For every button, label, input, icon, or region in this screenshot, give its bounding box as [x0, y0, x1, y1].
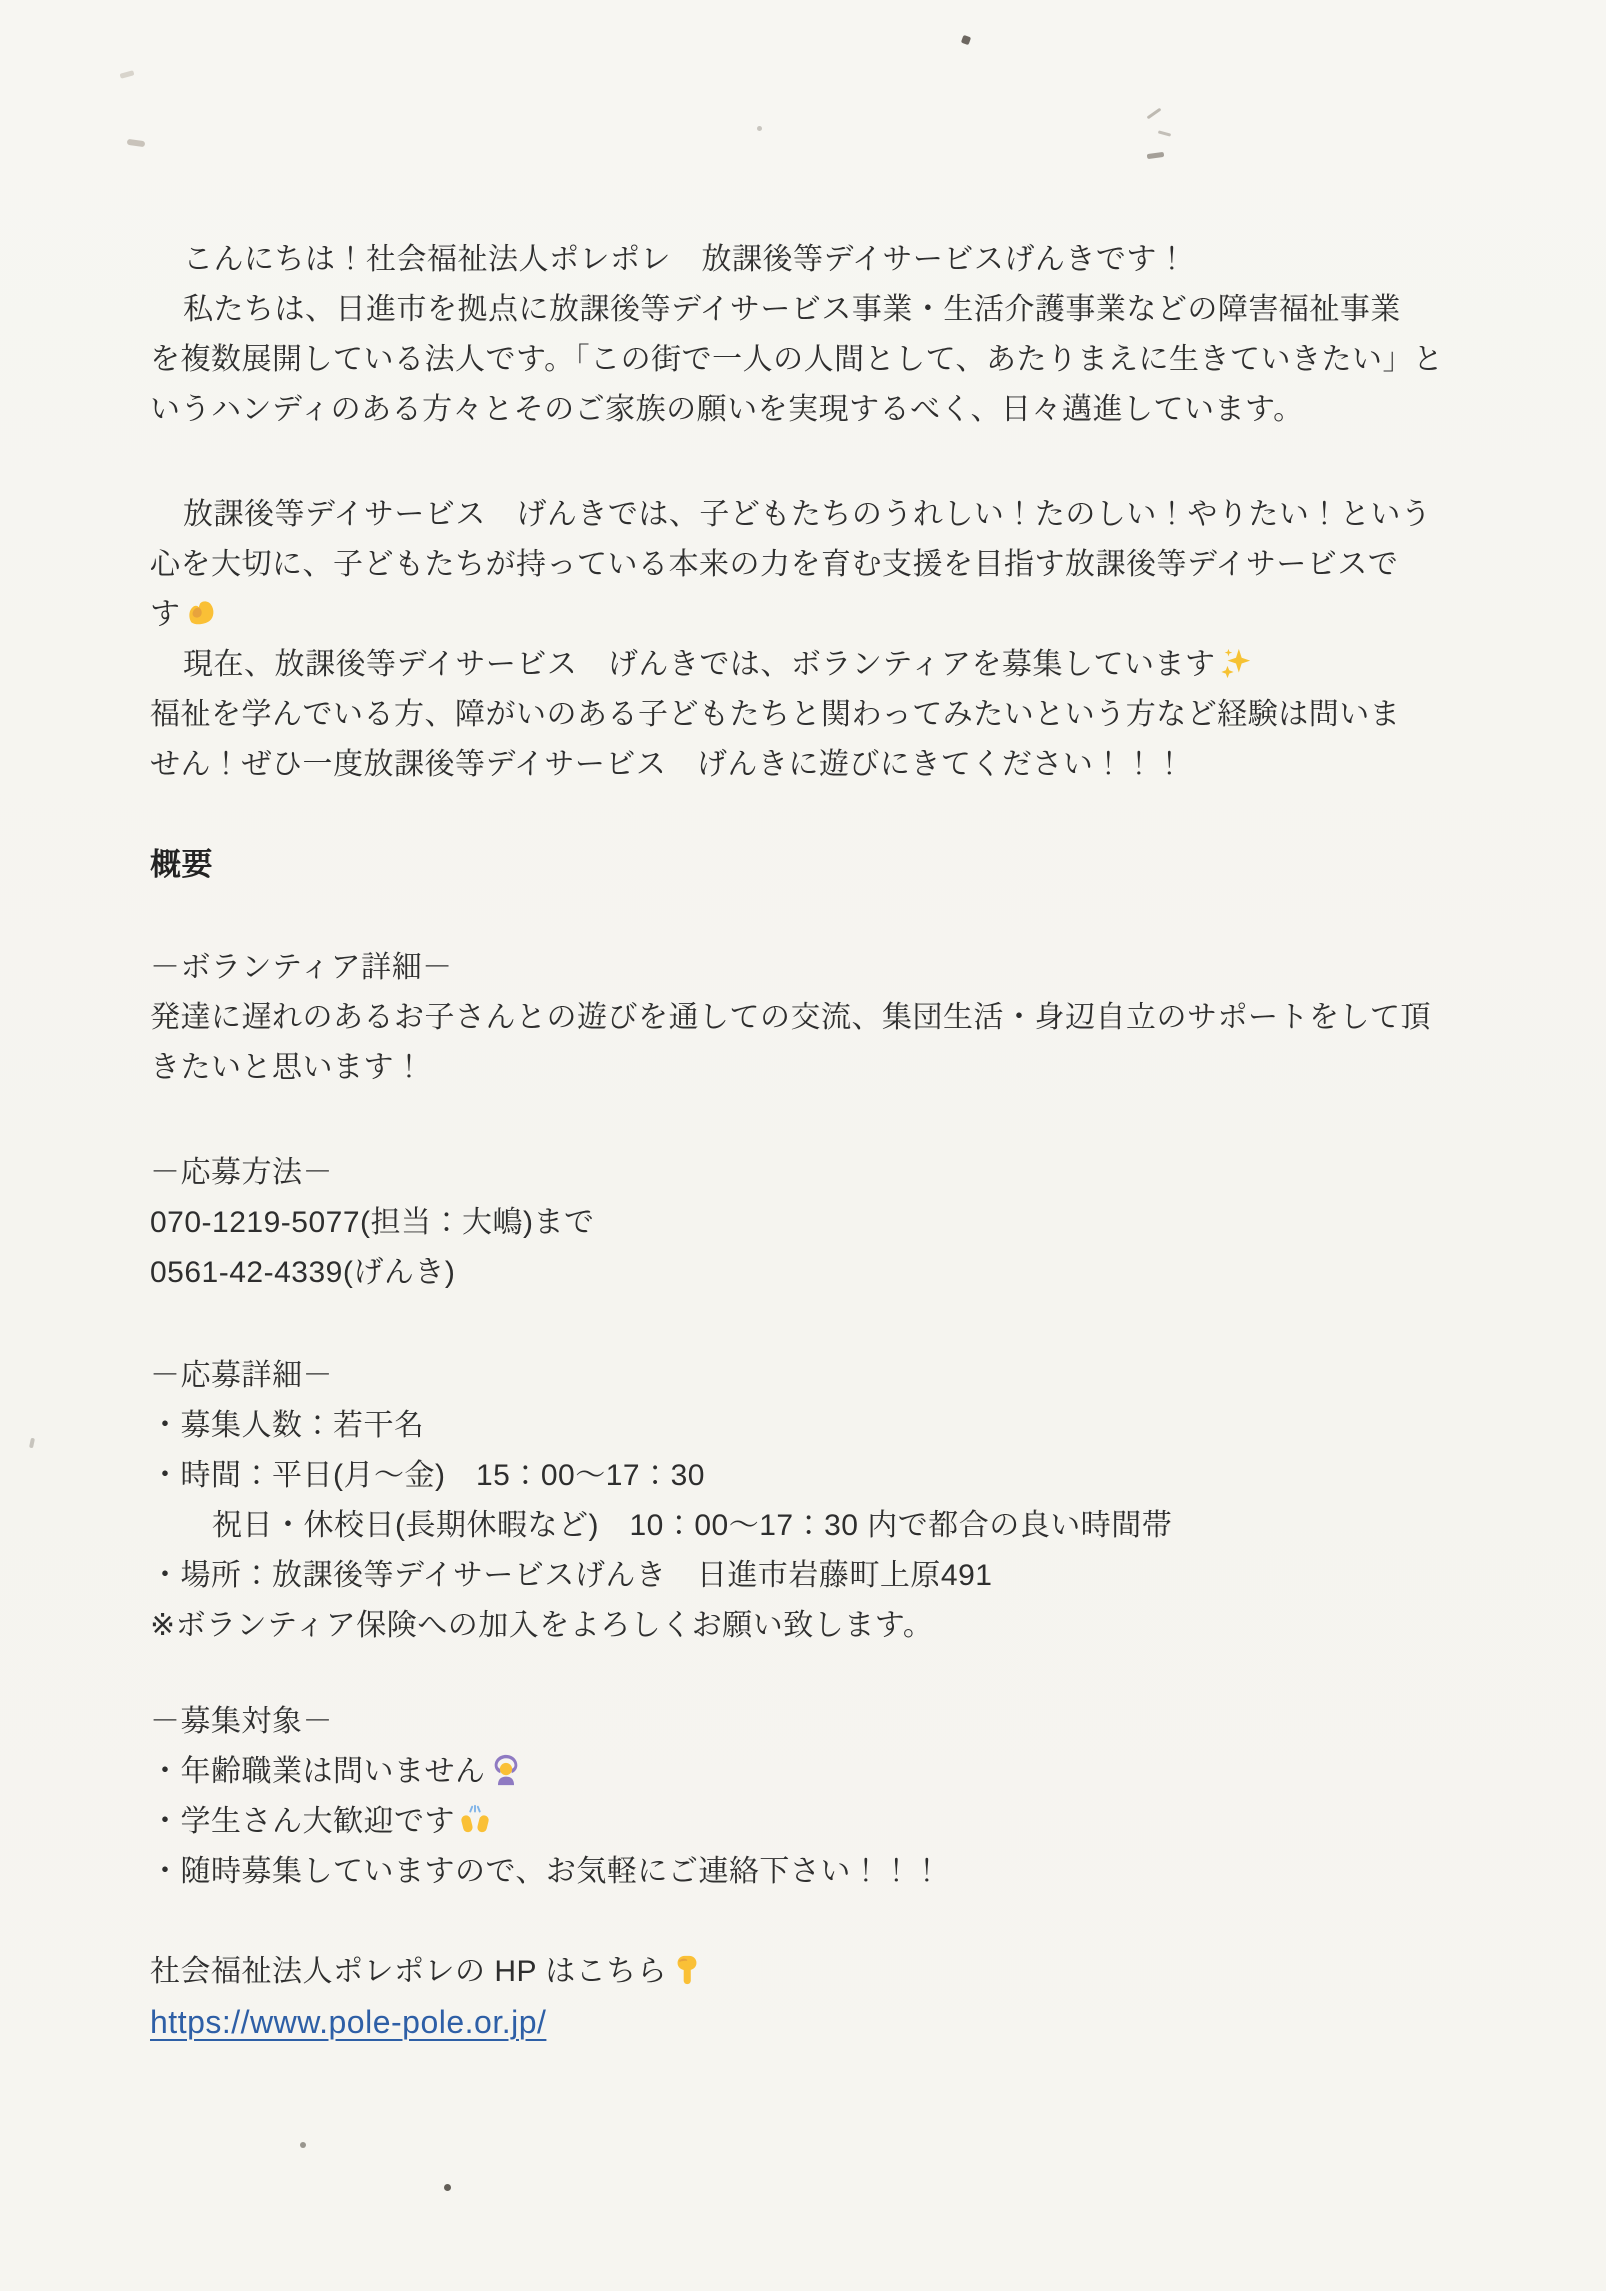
raising-hands-emoji [458, 1803, 492, 1837]
intro-paragraph: こんにちは！社会福祉法人ポレポレ 放課後等デイサービスげんきです！ 私たちは、日… [150, 235, 1486, 435]
recruit-intro-paragraph: 放課後等デイサービス げんきでは、子どもたちのうれしい！たのしい！やりたい！とい… [150, 490, 1486, 790]
homepage-link[interactable]: https://www.pole-pole.or.jp/ [150, 2004, 546, 2040]
volunteer-detail-heading: －ボランティア詳細－ [150, 943, 1486, 993]
homepage-link-line: https://www.pole-pole.or.jp/ [150, 1997, 1486, 2047]
apply-method-heading: －応募方法－ [150, 1148, 1486, 1198]
recruit-line-text: 現在、放課後等デイサービス げんきでは、ボランティアを募集しています [183, 648, 1216, 681]
greeting-line: こんにちは！社会福祉法人ポレポレ 放課後等デイサービスげんきです！ [150, 235, 1486, 285]
target-line-text: ・学生さん大歓迎です [150, 1805, 455, 1838]
target-line-text: ・年齢職業は問いません [150, 1755, 486, 1788]
time-holiday-line: 祝日・休校日(長期休暇など) 10：00～17：30 内で都合の良い時間帯 [150, 1501, 1486, 1551]
recruit-line: す [150, 590, 1486, 640]
recruit-line: 福祉を学んでいる方、障がいのある子どもたちと関わってみたいという方など経験は問い… [150, 690, 1486, 740]
volunteer-detail-line: きたいと思います！ [150, 1043, 1486, 1093]
person-gesturing-ok-emoji [489, 1753, 523, 1787]
footer-section: 社会福祉法人ポレポレの HP はこちら https://www.pole-pol… [150, 1947, 1486, 2047]
recruit-line: せん！ぜひ一度放課後等デイサービス げんきに遊びにきてください！！！ [150, 740, 1486, 790]
flexed-biceps-emoji [184, 596, 218, 630]
sparkles-emoji [1219, 646, 1253, 680]
target-line: ・学生さん大歓迎です [150, 1797, 1486, 1847]
headcount-line: ・募集人数：若干名 [150, 1401, 1486, 1451]
volunteer-detail-line: 発達に遅れのあるお子さんとの遊びを通しての交流、集団生活・身辺自立のサポートをし… [150, 993, 1486, 1043]
flyer-body: こんにちは！社会福祉法人ポレポレ 放課後等デイサービスげんきです！ 私たちは、日… [0, 0, 1606, 2047]
volunteer-detail-section: －ボランティア詳細－ 発達に遅れのあるお子さんとの遊びを通しての交流、集団生活・… [150, 943, 1486, 1093]
target-section: －募集対象－ ・年齢職業は問いません ・学生さん大歓迎です ・随時募集しています… [150, 1697, 1486, 1897]
hp-line: 社会福祉法人ポレポレの HP はこちら [150, 1947, 1486, 1997]
target-heading: －募集対象－ [150, 1697, 1486, 1747]
phone-number-1: 070-1219-5077(担当：大嶋)まで [150, 1198, 1486, 1248]
intro-line: を複数展開している法人です。「この街で一人の人間として、あたりまえに生きていきた… [150, 335, 1486, 385]
intro-line: 私たちは、日進市を拠点に放課後等デイサービス事業・生活介護事業などの障害福祉事業 [150, 285, 1486, 335]
phone-number-2: 0561-42-4339(げんき) [150, 1248, 1486, 1298]
recruit-line: 現在、放課後等デイサービス げんきでは、ボランティアを募集しています [150, 640, 1486, 690]
intro-line: いうハンディのある方々とそのご家族の願いを実現するべく、日々邁進しています。 [150, 385, 1486, 435]
apply-detail-heading: －応募詳細－ [150, 1351, 1486, 1401]
overview-heading: 概要 [150, 840, 1486, 890]
place-line: ・場所：放課後等デイサービスげんき 日進市岩藤町上原491 [150, 1551, 1486, 1601]
apply-detail-section: －応募詳細－ ・募集人数：若干名 ・時間：平日(月～金) 15：00～17：30… [150, 1351, 1486, 1651]
hp-line-text: 社会福祉法人ポレポレの HP はこちら [150, 1955, 667, 1988]
target-line: ・随時募集していますので、お気軽にご連絡下さい！！！ [150, 1847, 1486, 1897]
target-line: ・年齢職業は問いません [150, 1747, 1486, 1797]
recruit-line: 心を大切に、子どもたちが持っている本来の力を育む支援を目指す放課後等デイサービス… [150, 540, 1486, 590]
backhand-index-pointing-down-emoji [670, 1953, 704, 1987]
time-weekday-line: ・時間：平日(月～金) 15：00～17：30 [150, 1451, 1486, 1501]
recruit-line: 放課後等デイサービス げんきでは、子どもたちのうれしい！たのしい！やりたい！とい… [150, 490, 1486, 540]
apply-method-section: －応募方法－ 070-1219-5077(担当：大嶋)まで 0561-42-43… [150, 1148, 1486, 1298]
insurance-note-line: ※ボランティア保険への加入をよろしくお願い致します。 [150, 1601, 1486, 1651]
recruit-line-text: す [150, 598, 181, 631]
